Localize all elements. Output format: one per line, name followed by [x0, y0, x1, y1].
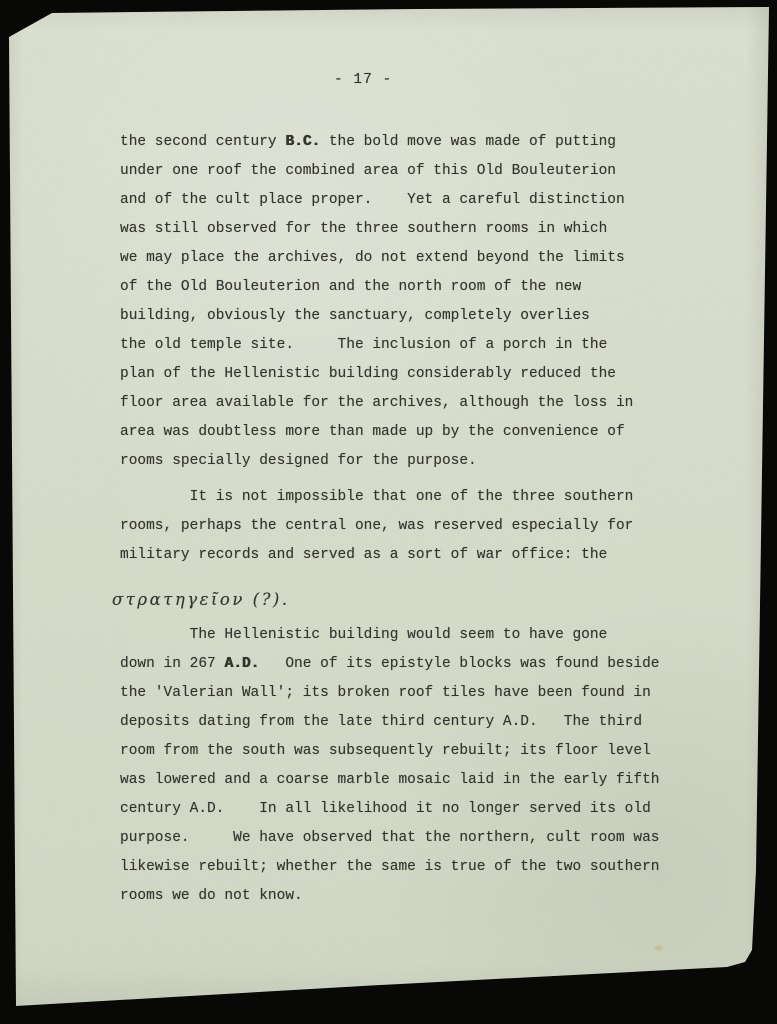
text-line: we may place the archives, do not extend…: [120, 244, 680, 273]
text-line: rooms specially designed for the purpose…: [120, 447, 680, 476]
page-number: - 17 -: [334, 70, 392, 90]
overtyped-text: A.D.: [224, 656, 259, 672]
text-line: It is not impossible that one of the thr…: [120, 483, 680, 512]
text-line: room from the south was subsequently reb…: [120, 737, 680, 766]
typewritten-text-block: the second century B.C. the bold move wa…: [120, 128, 680, 911]
text-line: of the Old Bouleuterion and the north ro…: [120, 273, 680, 302]
text-line: was still observed for the three souther…: [120, 215, 680, 244]
overtyped-text: B.C.: [285, 134, 320, 150]
text-line: building, obviously the sanctuary, compl…: [120, 302, 680, 331]
text-line: deposits dating from the late third cent…: [120, 708, 680, 737]
text-line: military records and served as a sort of…: [120, 541, 680, 570]
paragraph: the second century B.C. the bold move wa…: [120, 128, 680, 476]
paper-smudge: [653, 944, 665, 952]
text-line: the second century B.C. the bold move wa…: [120, 128, 680, 157]
handwritten-greek-annotation: στρατηγεῖον (?).: [112, 585, 680, 614]
paragraph: It is not impossible that one of the thr…: [120, 483, 680, 570]
greek-text-line: στρατηγεῖον (?).: [112, 585, 680, 614]
text-line: down in 267 A.D. One of its epistyle blo…: [120, 650, 680, 679]
text-line: under one roof the combined area of this…: [120, 157, 680, 186]
text-line: the old temple site. The inclusion of a …: [120, 331, 680, 360]
paragraph: The Hellenistic building would seem to h…: [120, 621, 680, 911]
text-line: the 'Valerian Wall'; its broken roof til…: [120, 679, 680, 708]
document-page: - 17 - the second century B.C. the bold …: [0, 0, 777, 1024]
scanned-photo: { "page": { "number_label": "- 17 -" }, …: [0, 0, 777, 1024]
text-line: century A.D. In all likelihood it no lon…: [120, 795, 680, 824]
text-line: and of the cult place proper. Yet a care…: [120, 186, 680, 215]
text-line: rooms, perhaps the central one, was rese…: [120, 512, 680, 541]
text-line: purpose. We have observed that the north…: [120, 824, 680, 853]
text-line: was lowered and a coarse marble mosaic l…: [120, 766, 680, 795]
text-line: The Hellenistic building would seem to h…: [120, 621, 680, 650]
text-line: rooms we do not know.: [120, 882, 680, 911]
text-line: area was doubtless more than made up by …: [120, 418, 680, 447]
text-line: floor area available for the archives, a…: [120, 389, 680, 418]
text-line: likewise rebuilt; whether the same is tr…: [120, 853, 680, 882]
text-line: plan of the Hellenistic building conside…: [120, 360, 680, 389]
